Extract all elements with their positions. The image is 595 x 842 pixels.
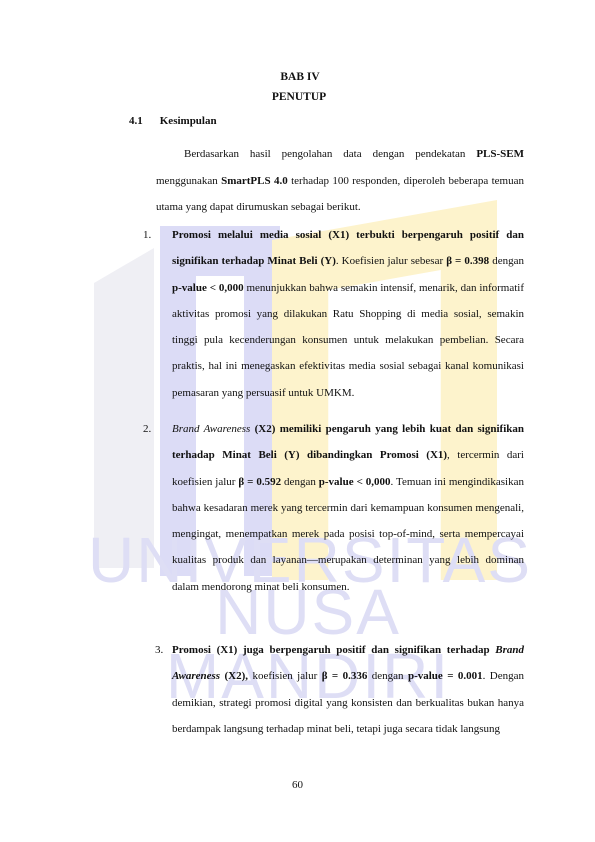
list-marker: 1. bbox=[143, 222, 151, 248]
watermark-logo-grey bbox=[94, 248, 154, 568]
item-bold: (X2), bbox=[220, 670, 248, 682]
item-text: menunjukkan bahwa semakin intensif, mena… bbox=[172, 282, 524, 399]
list-item: Brand Awareness (X2) memiliki pengaruh y… bbox=[172, 416, 524, 600]
intro-text: menggunakan bbox=[156, 175, 221, 187]
item-pvalue: p-value < 0,000 bbox=[319, 476, 391, 488]
chapter-title: PENUTUP bbox=[0, 91, 595, 103]
intro-text: Berdasarkan hasil pengolahan data dengan… bbox=[184, 148, 476, 160]
item-text: . Koefisien jalur sebesar bbox=[336, 255, 446, 267]
item-text: dengan bbox=[489, 255, 524, 267]
item-pvalue: p-value = 0.001 bbox=[408, 670, 483, 682]
list-marker: 2. bbox=[143, 416, 151, 442]
section-title: Kesimpulan bbox=[160, 115, 217, 127]
intro-bold-method: PLS-SEM bbox=[476, 148, 524, 160]
intro-bold-software: SmartPLS 4.0 bbox=[221, 175, 288, 187]
item-text: koefisien jalur bbox=[248, 670, 322, 682]
item-pvalue: p-value < 0,000 bbox=[172, 282, 244, 294]
item-beta: β = 0.398 bbox=[446, 255, 489, 267]
intro-paragraph: Berdasarkan hasil pengolahan data dengan… bbox=[156, 141, 524, 221]
section-number: 4.1 bbox=[129, 115, 157, 127]
item-text: dengan bbox=[367, 670, 408, 682]
item-text: . Temuan ini mengindikasikan bahwa kesad… bbox=[172, 476, 524, 593]
list-item: Promosi melalui media sosial (X1) terbuk… bbox=[172, 222, 524, 406]
section-heading: 4.1 Kesimpulan bbox=[129, 115, 217, 127]
item-italic: Brand Awareness bbox=[172, 423, 250, 435]
item-text: dengan bbox=[281, 476, 319, 488]
chapter-label: BAB IV bbox=[0, 71, 595, 83]
item-bold: Promosi (X1) juga berpengaruh positif da… bbox=[172, 644, 495, 656]
item-beta: β = 0.336 bbox=[322, 670, 368, 682]
list-item: Promosi (X1) juga berpengaruh positif da… bbox=[172, 637, 524, 742]
list-marker: 3. bbox=[155, 637, 163, 663]
page-number: 60 bbox=[0, 779, 595, 791]
item-beta: β = 0.592 bbox=[238, 476, 281, 488]
